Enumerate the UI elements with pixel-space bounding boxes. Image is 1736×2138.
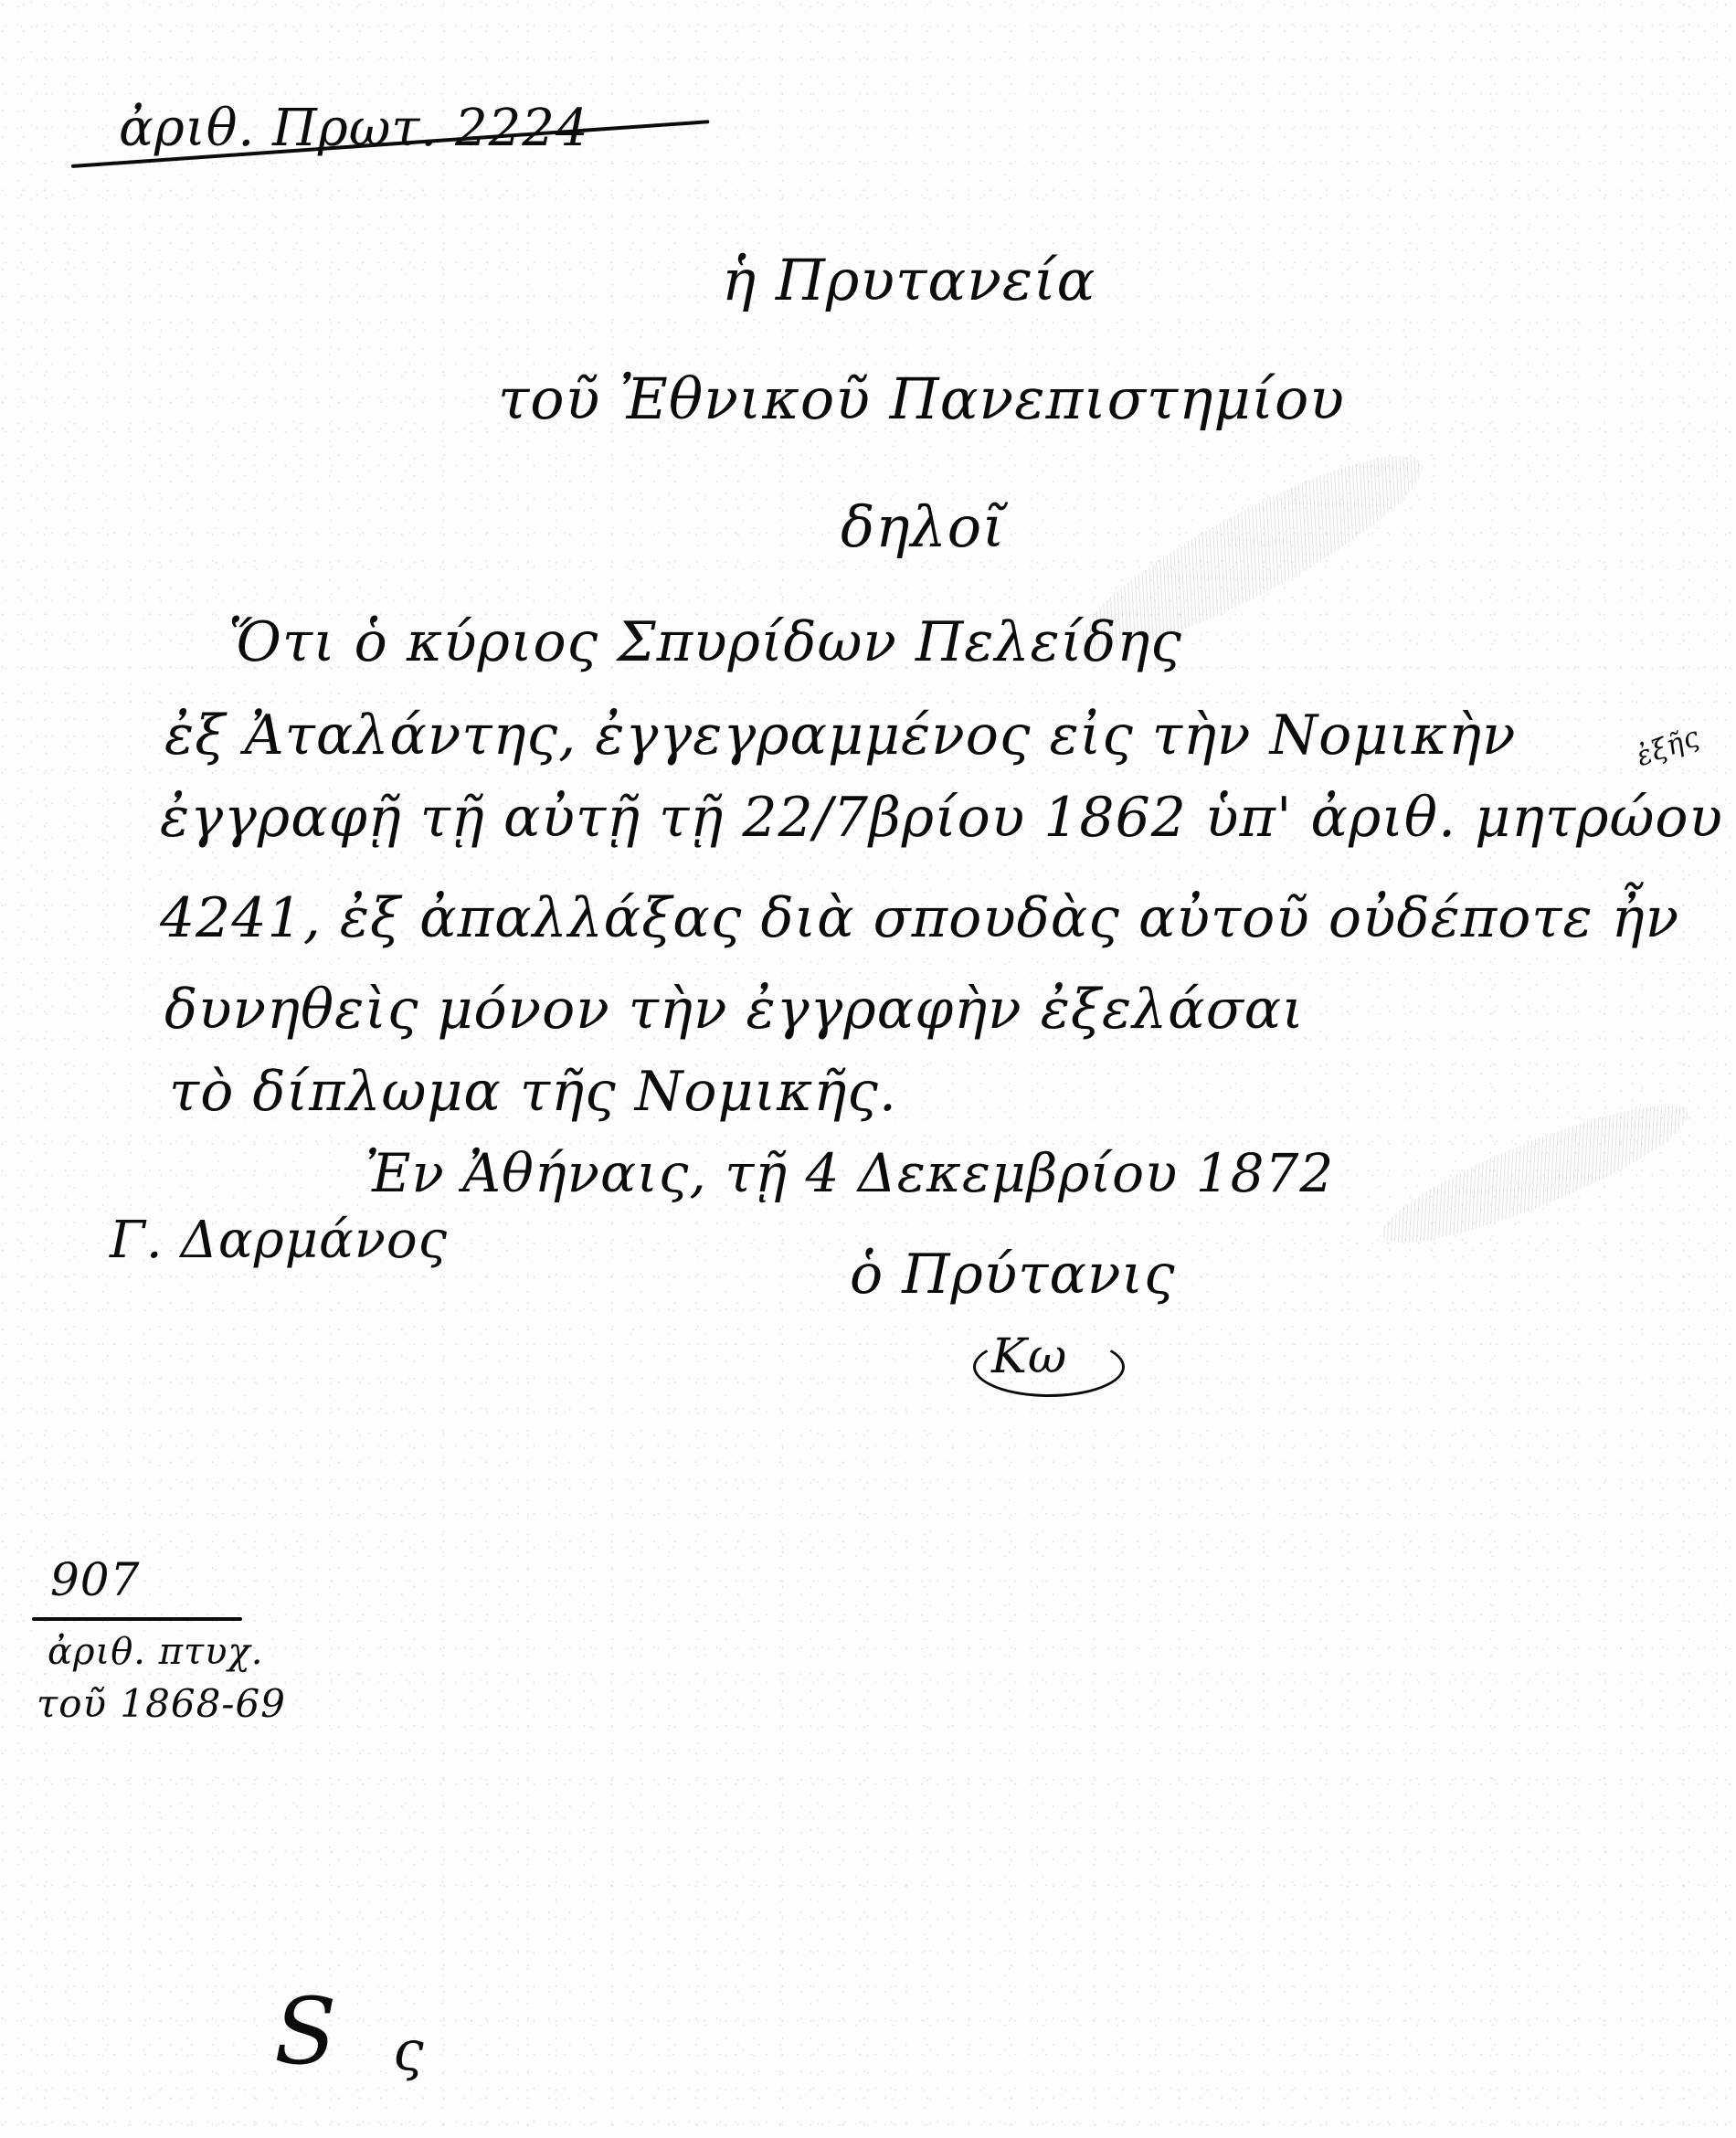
header-authority: ἡ Πρυτανεία [722,247,1096,313]
body-line: 4241, ἐξ ἀπαλλάξας διὰ σπουδὰς αὐτοῦ οὐδ… [160,886,1679,950]
body-line: δυνηθεὶς μόνον τὴν ἐγγραφὴν ἐξελάσαι [164,978,1305,1042]
reference-number: ἀριθ. Πρωτ. 2224 [119,99,589,158]
archive-number: 907 [50,1553,140,1606]
header-declares: δηλοῖ [841,493,1005,560]
header-institution: τοῦ Ἐθνικοῦ Πανεπιστημίου [498,365,1345,432]
bottom-mark-digit: ς [393,2019,425,2083]
signature-mark: Κω [991,1329,1067,1384]
archive-underline [32,1617,242,1621]
body-line: Ὅτι ὁ κύριος Σπυρίδων Πελείδης [228,610,1182,674]
archive-label: ἀριθ. πτυχ. [48,1631,263,1673]
body-line: ἐξ Ἀταλάντης, ἐγγεγραμμένος εἰς τὴν Νομι… [164,704,1516,767]
archive-year: τοῦ 1868-69 [37,1681,286,1726]
left-signature-note: Γ. Δαρμάνος [110,1211,448,1270]
date-line: Ἐν Ἀθήναις, τῇ 4 Δεκεμβρίου 1872 [365,1142,1334,1204]
bottom-mark-letter: S [274,1978,338,2085]
body-line: ἐγγραφῇ τῇ αὐτῇ τῇ 22/7βρίου 1862 ὑπ' ἀρ… [160,786,1723,850]
signature-title: ὁ Πρύτανις [850,1243,1176,1307]
body-line: τὸ δίπλωμα τῆς Νομικῆς. [169,1060,897,1124]
